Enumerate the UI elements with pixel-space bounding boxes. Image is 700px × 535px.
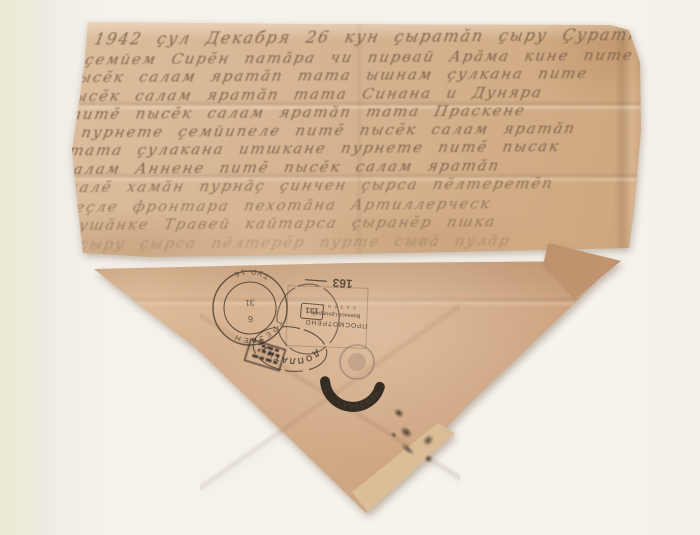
svg-text:КАЗАНЬ: КАЗАНЬ	[318, 302, 356, 311]
svg-text:163: 163	[332, 276, 353, 291]
svg-text:ПРОСМОТРЕНО: ПРОСМОТРЕНО	[304, 318, 367, 329]
postage-due-stamp: ДОПЛАТИТЬ	[250, 322, 329, 376]
photo-of-triangle-letter: 1942 çул Декабря 26 кун çыратăп çыру Çур…	[0, 0, 700, 535]
circular-postmark-stamp: ТРЕЗВЕН ТУР 16 6 31	[211, 265, 289, 347]
svg-text:31: 31	[244, 298, 254, 308]
svg-text:6: 6	[248, 314, 254, 324]
postal-stamps-cluster: ТРЕЗВЕН ТУР 16 6 31 131 ПРОСМОТРЕНО Вое	[185, 255, 475, 415]
svg-text:ТУР 16: ТУР 16	[231, 266, 271, 283]
envelope-triangle-wrap: ТРЕЗВЕН ТУР 16 6 31 131 ПРОСМОТРЕНО Вое	[0, 0, 700, 535]
city-postmark-arc: ЧЕБОКСА	[318, 365, 382, 415]
round-seal-stamp	[340, 345, 374, 379]
